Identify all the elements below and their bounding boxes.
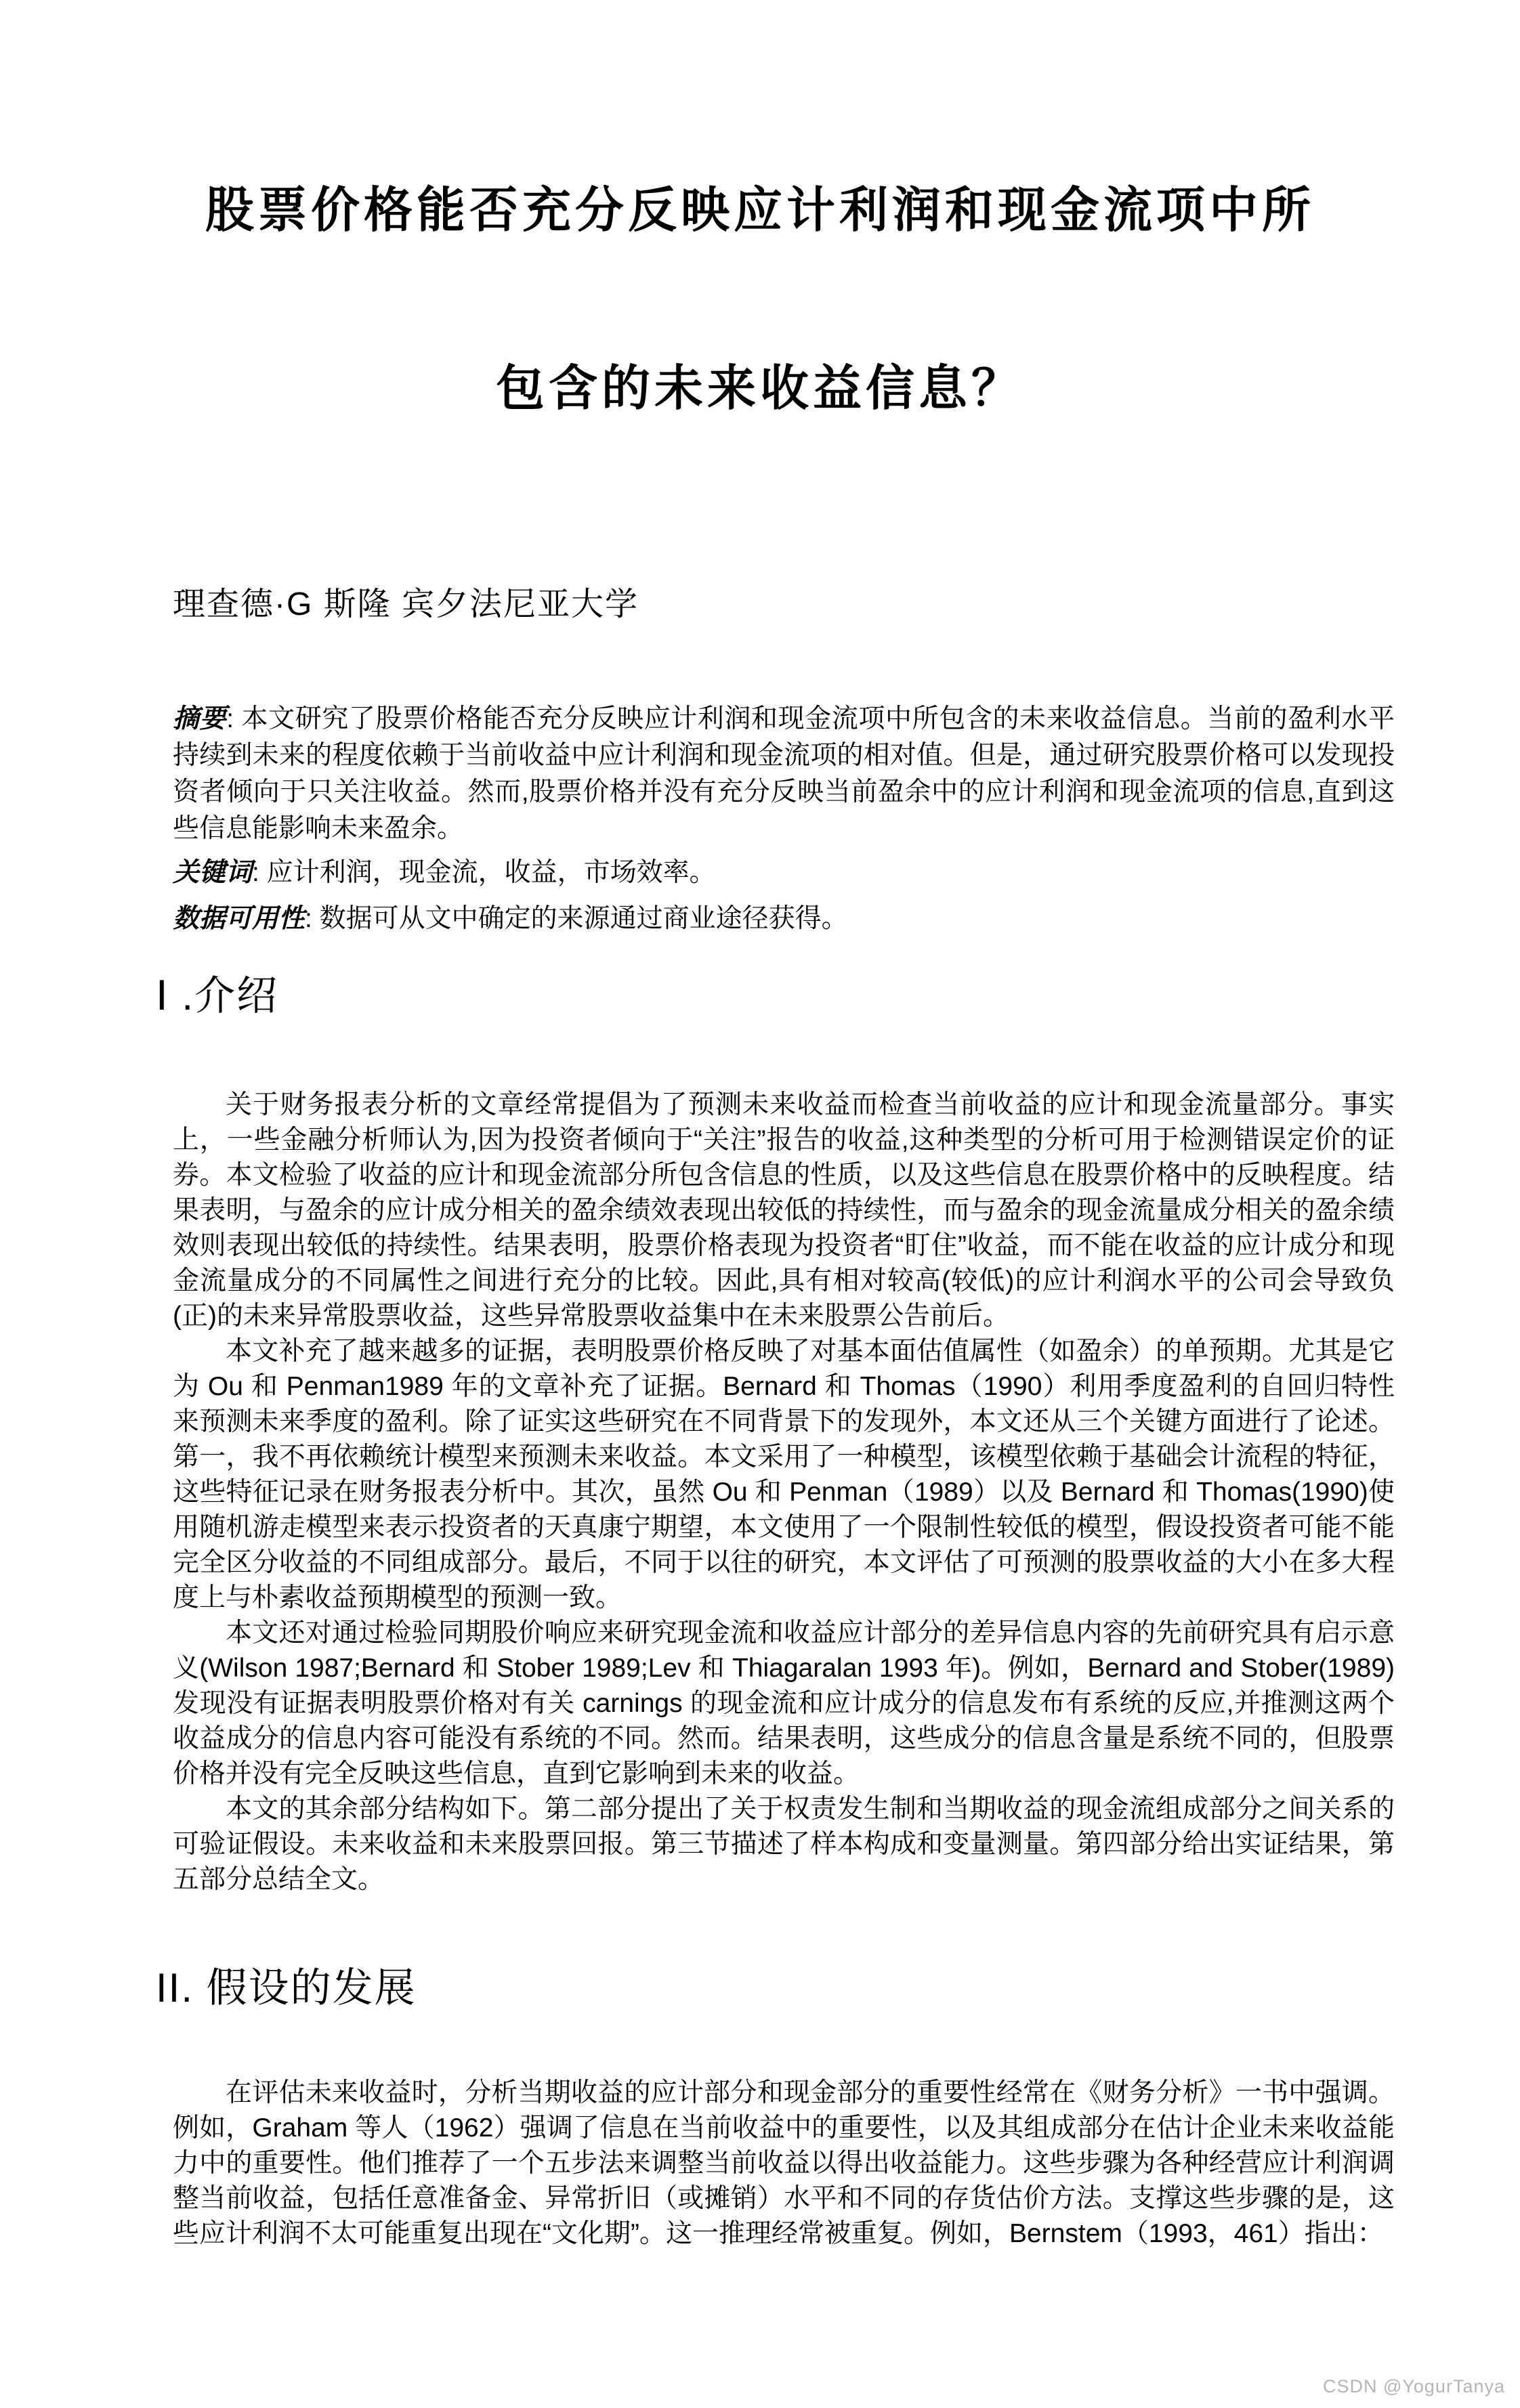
section-2-heading: II. 假设的发展: [156, 1962, 1395, 2013]
keywords-label: 关键词: [173, 858, 252, 887]
body-paragraph: 在评估未来收益时，分析当期收益的应计部分和现金部分的重要性经常在《财务分析》一书…: [173, 2076, 1395, 2252]
body-paragraph: 本文补充了越来越多的证据，表明股票价格反映了对基本面估值属性（如盈余）的单预期。…: [173, 1334, 1395, 1616]
abstract-text: : 本文研究了股票价格能否充分反映应计利润和现金流项中所包含的未来收益信息。当前…: [173, 704, 1395, 843]
abstract-paragraph: 摘要: 本文研究了股票价格能否充分反映应计利润和现金流项中所包含的未来收益信息。…: [173, 701, 1395, 847]
section-2-body: 在评估未来收益时，分析当期收益的应计部分和现金部分的重要性经常在《财务分析》一书…: [173, 2076, 1395, 2252]
section-1-heading: Ⅰ .介绍: [156, 970, 1395, 1021]
abstract-label: 摘要: [173, 704, 226, 733]
section-1-body: 关于财务报表分析的文章经常提倡为了预测未来收益而检查当前收益的应计和现金流量部分…: [173, 1088, 1395, 1897]
data-availability-label: 数据可用性: [173, 904, 305, 933]
author-affiliation-line: 理查德·G 斯隆 宾夕法尼亚大学: [173, 584, 1395, 625]
body-paragraph: 本文还对通过检验同期股价响应来研究现金流和收益应计部分的差异信息内容的先前研究具…: [173, 1616, 1395, 1792]
document-page: 股票价格能否充分反映应计利润和现金流项中所 包含的未来收益信息？ 理查德·G 斯…: [0, 0, 1520, 2408]
keywords-text: : 应计利润，现金流，收益，市场效率。: [252, 858, 716, 887]
body-paragraph: 本文的其余部分结构如下。第二部分提出了关于权责发生制和当期收益的现金流组成部分之…: [173, 1792, 1395, 1897]
body-paragraph: 关于财务报表分析的文章经常提倡为了预测未来收益而检查当前收益的应计和现金流量部分…: [173, 1088, 1395, 1334]
data-availability-line: 数据可用性: 数据可从文中确定的来源通过商业途径获得。: [173, 899, 1395, 939]
document-title-line-1: 股票价格能否充分反映应计利润和现金流项中所: [0, 0, 1520, 240]
data-availability-text: : 数据可从文中确定的来源通过商业途径获得。: [305, 904, 848, 933]
csdn-watermark: CSDN @YogurTanya: [1323, 2376, 1505, 2397]
document-title-line-2: 包含的未来收益信息？: [0, 360, 1520, 418]
keywords-line: 关键词: 应计利润，现金流，收益，市场效率。: [173, 853, 1395, 893]
